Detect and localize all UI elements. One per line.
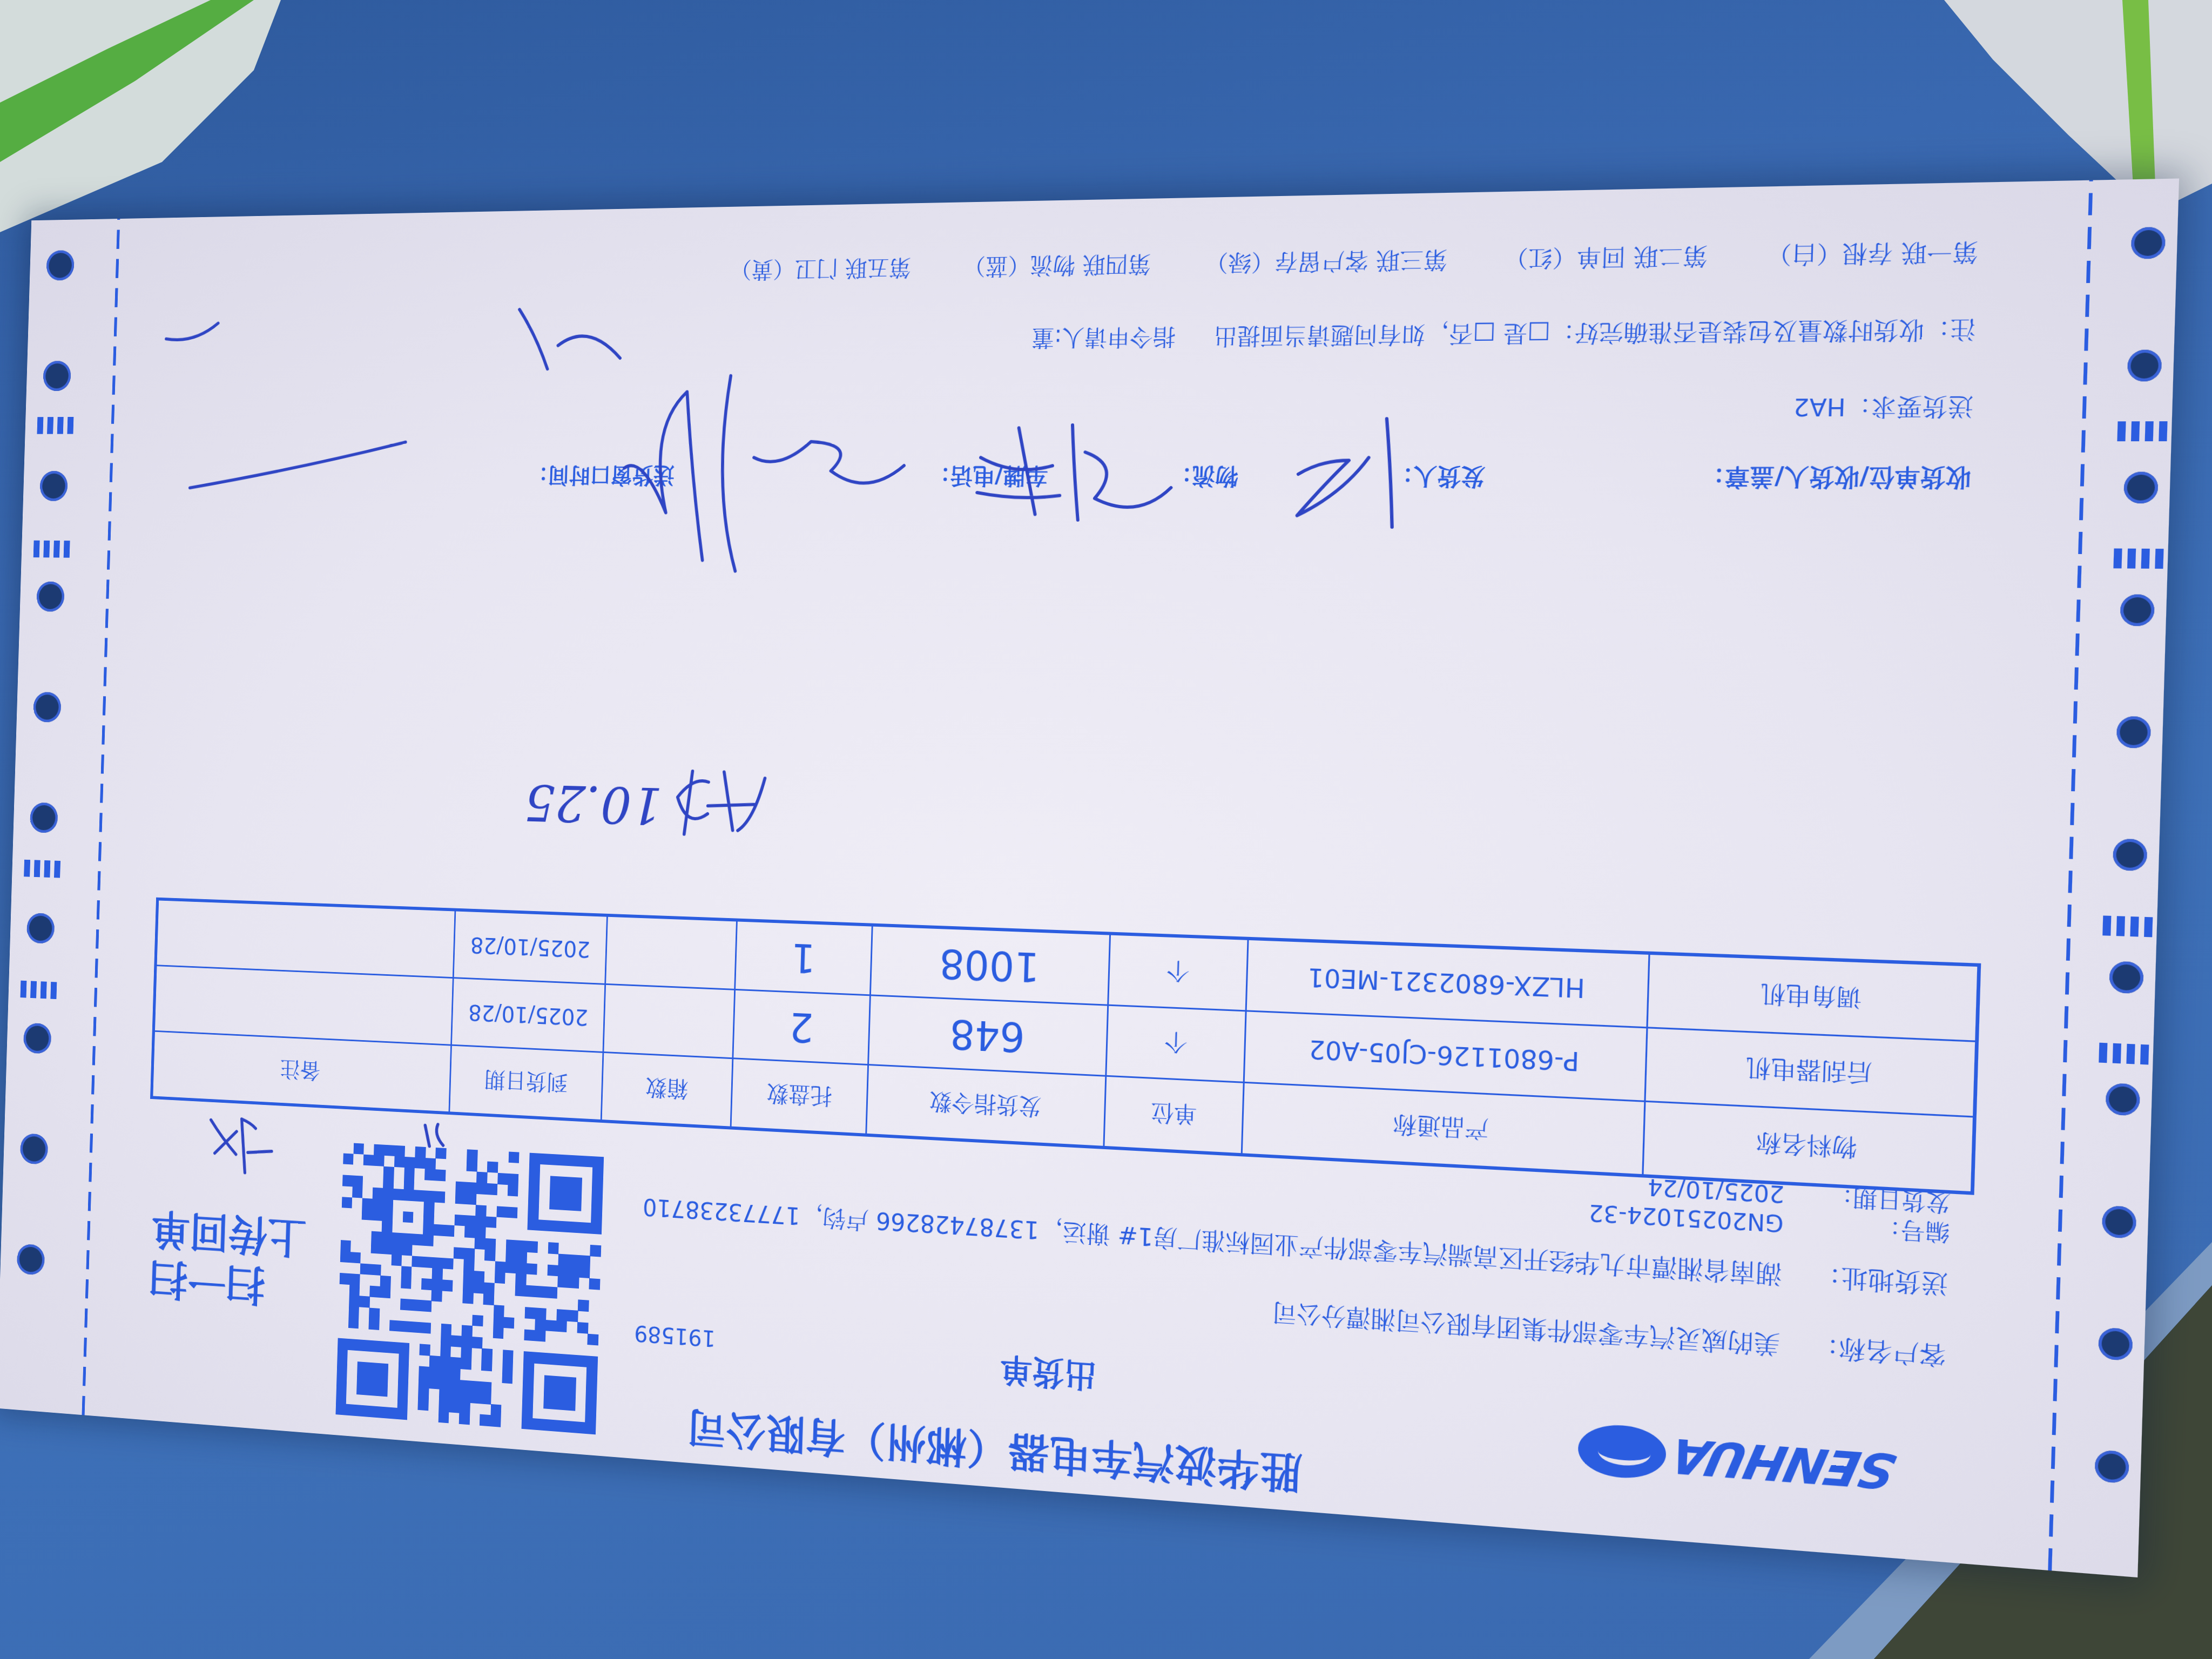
perforation-slit [2141,1044,2149,1065]
perforation-hole [43,361,71,391]
customer-label: 客户名称： [1812,1333,1946,1367]
perforation-hole [2094,1449,2129,1483]
delivery-note-paper: SENHUA 胜华波汽车电器（郴州）有限公司 出货单 191589 扫一扫 上传… [0,178,2179,1577]
perforation-slit [31,981,37,998]
number-label: 编号： [1876,1216,1950,1243]
perforation-slit [2114,549,2122,569]
delivery-requirement-label: 送货要求： [1845,392,1974,421]
delivery-requirement: 送货要求：HA2 [1793,394,1974,419]
perforation-slit [2132,421,2140,441]
logistics-label: 物流： [1169,464,1238,487]
perforation-slit [2127,1044,2135,1064]
cell-remarks [153,966,453,1046]
perforation-slit [41,981,47,999]
cell-unit: 个 [1108,934,1248,1011]
perforation-hole [2127,349,2162,381]
col-header-material-name: 物料名称 [1643,1101,1974,1193]
copy-color: （蓝） [963,252,1031,280]
cell-pallets: 1 [735,920,873,995]
perforation-line-right [82,219,120,1415]
perforation-hole [39,471,68,502]
perforation-hole [2120,594,2155,626]
handwritten-received-date: 10.25 [524,777,663,831]
col-header-remarks: 备注 [152,1031,451,1113]
perforation-hole [30,802,58,833]
perforation-slit [2130,916,2139,936]
company-name: 胜华波汽车电器（郴州）有限公司 [686,1406,1303,1494]
shipper-label: 发货人： [1389,464,1485,488]
pen-stroke [166,323,218,340]
logo-emblem-icon [1577,1422,1667,1481]
perforation-slit [2116,916,2125,936]
perforation-hole [2116,716,2152,748]
perforation-hole [2098,1327,2133,1361]
copy-part: 第四联 [1082,251,1151,278]
perforation-slit [48,417,54,434]
col-header-boxes: 箱数 [602,1052,733,1128]
perforation-slit [2159,421,2168,441]
signature-shipper [1297,419,1395,527]
perforation-slit [2144,917,2153,937]
perforation-hole [36,582,65,612]
perforation-hole [23,1023,51,1054]
handwritten-mark [210,1117,273,1174]
perforation-slit [2128,549,2136,569]
perforation-slit [44,541,50,558]
perforation-slit [2099,1043,2108,1063]
perforation-hole [2113,839,2148,871]
serial-number: 191589 [634,1321,716,1349]
qr-caption-scan: 扫一扫 [149,1256,266,1305]
handwritten-mark [424,1124,444,1147]
form-title: 出货单 [1000,1352,1097,1392]
copy-part: 第三联 [1375,246,1448,274]
copy-color: （红） [1503,244,1577,272]
company-logo: SENHUA [1577,1420,1896,1500]
perforation-hole [26,913,55,944]
col-header-pallets: 托盘数 [731,1058,869,1135]
perforation-slit [54,861,60,878]
perforation-hole [2131,227,2166,259]
cell-ordered-qty: 648 [868,995,1108,1076]
logo-wordmark: SENHUA [1668,1432,1900,1495]
perforation-slit [68,417,74,434]
copy-color: （白） [1766,240,1842,269]
perforation-slit [2155,549,2164,569]
perforation-slit [2141,549,2150,569]
perforation-slit [33,541,40,558]
col-header-ordered-qty: 发货指令数 [866,1065,1106,1148]
perforation-slit [64,541,70,558]
perforation-hole [2102,1205,2137,1239]
address-label: 送货地址： [1814,1263,1948,1296]
perforation-slit [37,417,44,434]
customer-value: 美的威灵汽车零部件集团有限公司湘潭分公司 [1272,1299,1780,1356]
perforation-slit [44,860,51,878]
perforation-line-left [2048,180,2093,1571]
perforation-slit [34,860,41,877]
perforation-slit [2145,421,2154,441]
receipt-note: 注：收货时数量及包装是否准确完好：□是 □否，如有问题请当面提出指令申请人:董 [1031,317,1976,349]
perforation-hole [2123,472,2159,504]
perforation-slit [2113,1043,2121,1064]
cell-remarks [156,899,455,978]
perforation-slit [2117,421,2126,441]
cell-material-name: 调角电机 [1648,953,1979,1041]
cell-ordered-qty: 1008 [871,925,1110,1006]
copy-part: 第二联 [1633,241,1708,270]
cell-arrival-date: 2025/10/28 [454,910,608,984]
cell-material-name: 后刮器电机 [1645,1028,1977,1117]
copy-item: 第一联 存根（白） [1766,239,1979,266]
perforation-slit [51,982,57,999]
copy-item: 第四联 物流（蓝） [963,252,1151,278]
perforation-slit [2103,915,2112,935]
cell-pallets: 2 [733,989,871,1064]
copy-item: 第五联 门卫（黄） [730,255,911,280]
requester-name: 董 [1031,325,1055,351]
perforation-slit [21,981,27,998]
col-header-unit: 单位 [1104,1076,1244,1155]
delivery-requirement-value: HA2 [1793,393,1846,421]
delivery-window-label: 送货窗口时间： [527,464,675,486]
pen-stroke [518,308,622,369]
copy-part: 第一联 [1901,238,1979,267]
perforation-hole [17,1244,45,1276]
perforation-hole [2109,961,2144,994]
cell-boxes [603,984,735,1058]
copy-use: 门卫 [794,255,839,282]
copy-use: 物流 [1030,252,1076,279]
qr-caption-upload: 上传回单 [151,1207,307,1258]
perforation-slit [57,417,64,434]
plate-phone-label: 车牌/电话： [928,464,1048,487]
signature-receiver [677,771,765,837]
receiver-stamp-label: 收货单位/收货人/盖章： [1700,464,1972,489]
copy-part: 第五联 [845,254,911,281]
copy-distribution: 第一联 存根（白） 第二联 回单（红） 第三联 客户留存（绿） 第四联 物流（蓝… [686,239,1978,281]
copy-use: 存根 [1842,239,1893,268]
copy-item: 第二联 回单（红） [1503,244,1708,270]
cell-boxes [605,915,737,990]
copy-use: 回单 [1576,243,1626,271]
qr-code-icon [335,1143,604,1435]
perforation-slit [53,541,60,558]
requester-label: 指令申请人: [1054,323,1176,350]
receipt-note-text: 注：收货时数量及包装是否准确完好：□是 □否，如有问题请当面提出 [1213,315,1976,349]
perforation-hole [33,692,61,723]
perforation-hole [46,250,75,280]
number-value: GN20251024-32 [1588,1201,1784,1234]
cell-arrival-date: 2025/10/28 [451,978,605,1053]
cell-unit: 个 [1106,1005,1246,1082]
perforation-slit [24,860,31,877]
perforation-hole [20,1133,48,1164]
copy-color: （黄） [730,256,795,283]
col-header-arrival-date: 到货日期 [449,1045,603,1121]
copy-use: 客户留存 [1274,247,1368,275]
copy-color: （绿） [1205,248,1275,276]
copy-item: 第三联 客户留存（绿） [1205,247,1448,274]
perforation-hole [2105,1083,2140,1116]
pen-stroke [190,442,406,489]
